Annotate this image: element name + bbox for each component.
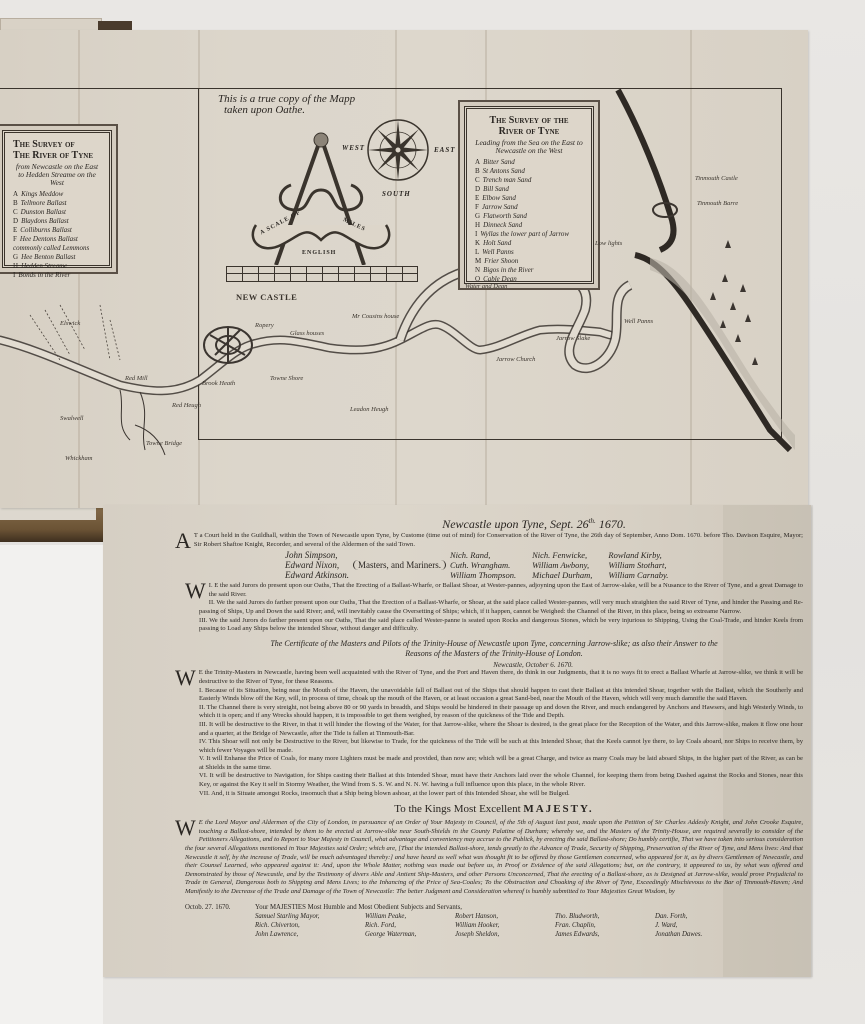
place-brook-heath: Brook Heath (202, 380, 235, 387)
reason-item: III. It will be destructive to the River… (185, 721, 803, 738)
legend-item: LWell Panns (475, 248, 583, 257)
place-water-and-dean: Water and Dean (465, 283, 507, 290)
map-sheet: The Survey of The River of Tyne from New… (0, 30, 808, 508)
place-swalwell: Swalwell (60, 415, 83, 422)
legend-item: EColliburns Ballast (13, 226, 101, 235)
left-cartouche-title-2: The River of Tyne (13, 150, 101, 161)
place-jarrow-slake: Jarrow Slake (556, 335, 590, 342)
left-cartouche: The Survey of The River of Tyne from New… (2, 130, 112, 268)
legend-item: FHee Dentons Ballast commonly called Lem… (13, 235, 101, 253)
legend-item: IWyllas the lower part of Jarrow (475, 230, 583, 239)
right-cartouche-title-2: River of Tyne (475, 126, 583, 137)
reason-item: VII. And, it is Situate amongst Rocks, i… (185, 790, 803, 799)
court-paragraph: AT a Court held in the Guildhall, within… (185, 532, 803, 549)
scale-bar (226, 266, 418, 282)
left-cartouche-subtitle: from Newcastle on the East to Hedden Str… (13, 163, 101, 187)
reason-item: IV. This Shoar will not only be Destruct… (185, 738, 803, 755)
broadside-title: Newcastle upon Tyne, Sept. 26th. 1670. (185, 513, 803, 532)
legend-item: CDunston Ballast (13, 208, 101, 217)
right-cartouche-subtitle: Leading from the Sea on the East to Newc… (475, 139, 583, 155)
legend-item: GHee Benton Ballast (13, 253, 101, 262)
left-cartouche-legend: AKings Meddow BTellmore Ballast CDunston… (13, 190, 101, 280)
note-line-2: taken upon Oathe. (218, 105, 355, 116)
place-elswick: Elswick (60, 320, 80, 327)
legend-item: FJarrow Sand (475, 203, 583, 212)
place-glass-houses: Glass houses (290, 330, 324, 337)
place-leadon-heugh: Leadon Heugh (350, 406, 388, 413)
legend-item: AKings Meddow (13, 190, 101, 199)
legend-item: CTrench man Sand (475, 176, 583, 185)
legend-item: ABitter Sand (475, 158, 583, 167)
right-cartouche: The Survey of the River of Tyne Leading … (464, 106, 594, 284)
compass-east-label: EAST (434, 146, 456, 154)
kings-majesty-heading: To the Kings Most Excellent MAJESTY. (185, 802, 803, 817)
place-low-lights: Low lights (595, 240, 622, 247)
scale-ribbon-center: ENGLISH (302, 250, 336, 256)
place-jarrow-church: Jarrow Church (496, 356, 535, 363)
printed-broadside-sheet: Newcastle upon Tyne, Sept. 26th. 1670. A… (103, 505, 811, 977)
right-cartouche-title-1: The Survey of the (475, 115, 583, 126)
jurors-left: John Simpson,Edward Nixon,Edward Atkinso… (285, 550, 349, 580)
place-mr-cousins-house: Mr Cousins house (352, 313, 399, 320)
place-tinmouth-barre: Tinmouth Barre (697, 200, 738, 207)
reason-item: II. The Channel there is very streight, … (185, 704, 803, 721)
present-item: III. We the said Jurors do farther prese… (185, 617, 803, 634)
legend-item: MFrier Shoon (475, 257, 583, 266)
legend-item: IBonds in the River (13, 271, 101, 280)
reason-item: I. Because of its Situation, being near … (185, 687, 803, 704)
place-well-panns: Well Panns (624, 318, 653, 325)
legend-item: KHolt Sand (475, 239, 583, 248)
place-towne-shore: Towne Shore (270, 375, 303, 382)
legend-item: BSt Antons Sand (475, 167, 583, 176)
jurors-role: Masters, and Mariners. (353, 560, 446, 570)
legend-item: GFlatworth Sand (475, 212, 583, 221)
broadside-text: Newcastle upon Tyne, Sept. 26th. 1670. A… (185, 513, 803, 939)
certificate-heading: The Certificate of the Masters and Pilot… (185, 639, 803, 659)
legend-item: BTellmore Ballast (13, 199, 101, 208)
legend-item: HHedden Streame (13, 262, 101, 271)
jury-list: John Simpson,Edward Nixon,Edward Atkinso… (285, 550, 803, 580)
reason-item: V. It will Enhanse the Price of Coals, f… (185, 755, 803, 772)
jurors-right: Nich. Rand,Nich. Fenwicke,Rowland Kirby,… (450, 550, 668, 580)
legend-item: HDinneck Sand (475, 221, 583, 230)
present-item: I. WE the said Jurors do present upon ou… (185, 582, 803, 599)
true-copy-note: This is a true copy of the Mapp taken up… (218, 94, 355, 116)
place-new-castle: NEW CASTLE (236, 292, 297, 302)
place-tinmouth-castle: Tinmouth Castle (695, 175, 738, 182)
signature-column: Your MAJESTIES Most Humble and Most Obed… (255, 903, 815, 939)
legend-item: DBlaydons Ballast (13, 217, 101, 226)
signature-date: Octob. 27. 1670. (185, 903, 255, 939)
legend-item: EElbow Sand (475, 194, 583, 203)
place-red-heugh: Red Heugh (172, 402, 201, 409)
legend-item: DBill Sand (475, 185, 583, 194)
right-cartouche-legend: ABitter Sand BSt Antons Sand CTrench man… (475, 158, 583, 284)
reason-item: VI. It will be destructive to Navigation… (185, 772, 803, 789)
dividers-scale-ornament-icon (246, 130, 396, 265)
place-towne-bridge: Towne Bridge (146, 440, 182, 447)
place-whickham: Whickham (65, 455, 92, 462)
trinity-intro: WE the Trinity-Masters in Newcastle, hav… (185, 669, 803, 686)
present-item: II. We the said Jurors do farther presen… (185, 599, 803, 616)
place-ropery: Ropery (255, 322, 274, 329)
left-cartouche-title-1: The Survey of (13, 139, 101, 150)
signatures-block: Octob. 27. 1670. Your MAJESTIES Most Hum… (185, 903, 803, 939)
white-backing-card (0, 545, 103, 1024)
legend-item: NBigos in the River (475, 266, 583, 275)
place-red-mill: Red Mill (125, 375, 148, 382)
petition-paragraph: WE the Lord Mayor and Aldermen of the Ci… (185, 819, 803, 896)
